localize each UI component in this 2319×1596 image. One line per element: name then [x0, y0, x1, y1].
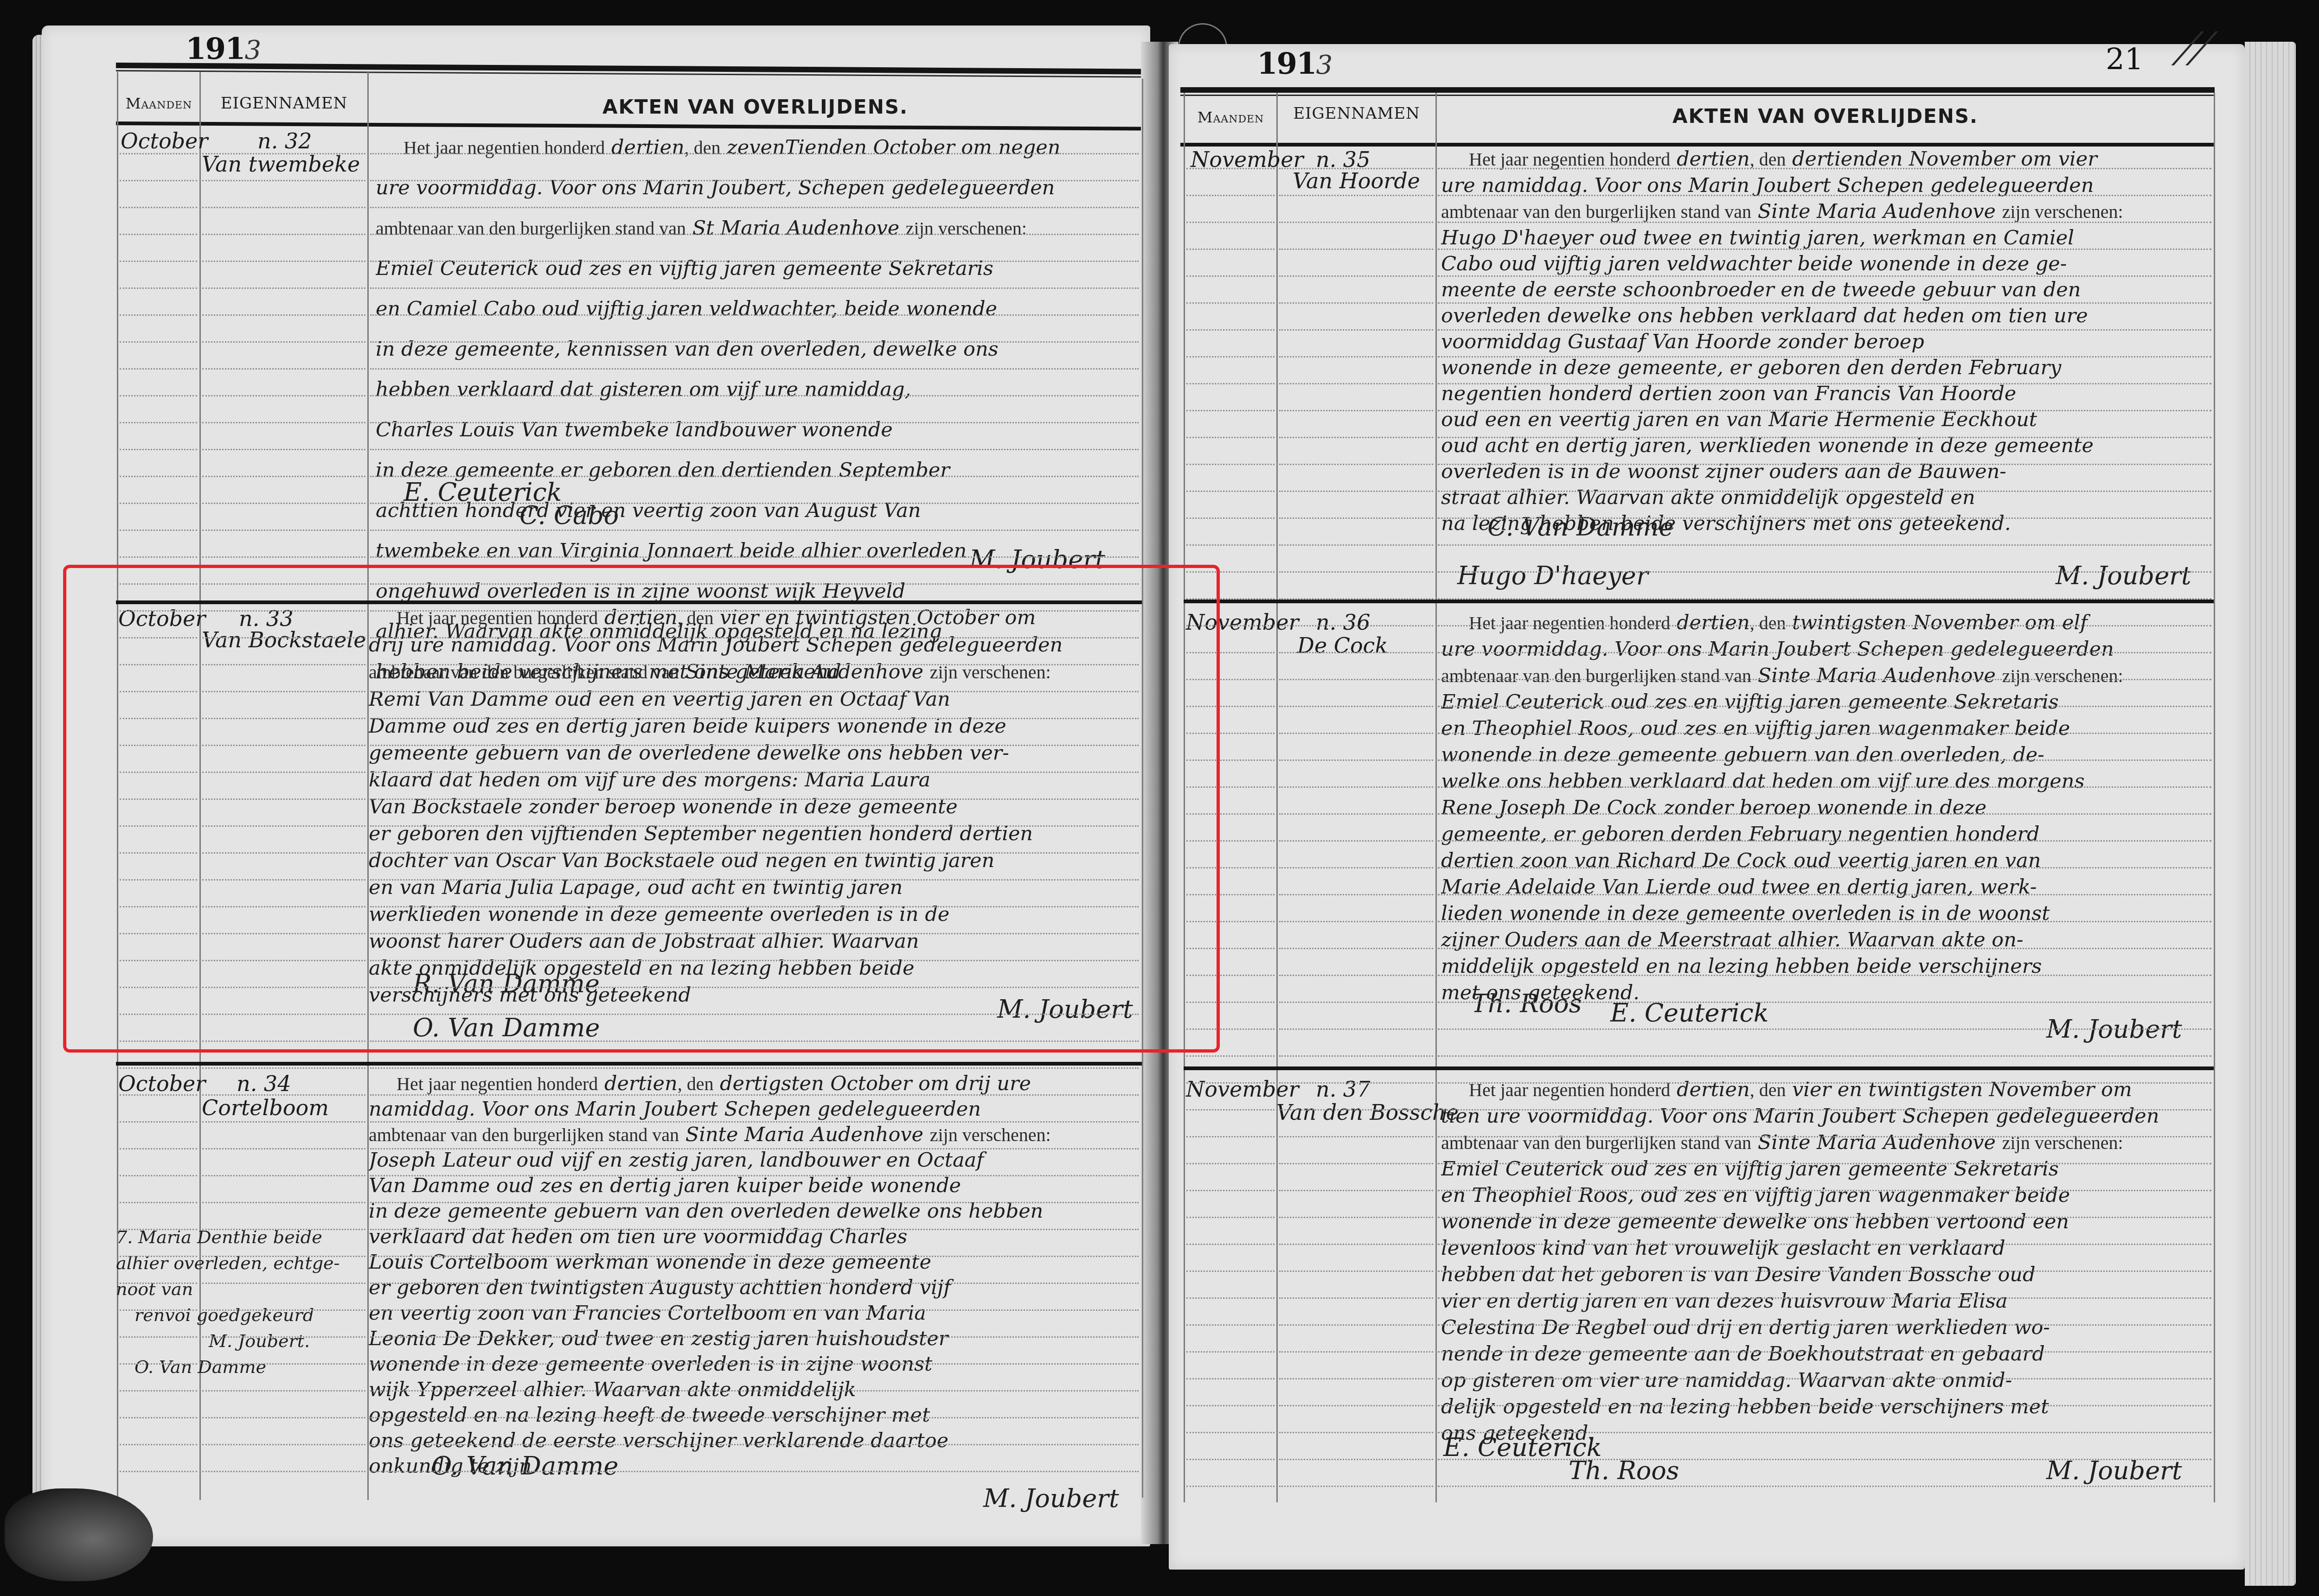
ruling-line — [202, 1014, 365, 1015]
ruling-line — [202, 503, 365, 504]
ruling-line — [1438, 302, 2211, 304]
ruling-line — [1438, 383, 2211, 384]
ruling-line — [1438, 275, 2211, 277]
ruling-line — [1279, 275, 1433, 277]
ruling-line — [370, 825, 1139, 827]
ruling-line — [1186, 544, 1275, 546]
ruling-line — [1279, 1082, 1433, 1084]
ruling-line — [370, 341, 1139, 343]
ruling-line — [120, 798, 197, 800]
ruling-line — [120, 933, 197, 934]
ruling-line — [1279, 302, 1433, 304]
ruling-line — [1438, 840, 2211, 842]
ruling-line — [1438, 598, 2211, 600]
ruling-line — [1438, 1405, 2211, 1406]
ruling-line — [202, 1041, 365, 1042]
ruling-line — [120, 1229, 197, 1230]
ruling-line — [370, 261, 1139, 262]
ruling-line — [1279, 813, 1433, 815]
right-col-line-4 — [2214, 93, 2215, 1502]
ruling-line — [202, 1175, 365, 1176]
ruling-line — [1186, 1002, 1275, 1003]
ruling-line — [202, 1309, 365, 1311]
ruling-line — [370, 1283, 1139, 1284]
ruling-line — [120, 1041, 197, 1042]
ruling-line — [202, 960, 365, 961]
ruling-line — [202, 180, 365, 181]
ruling-line — [370, 637, 1139, 638]
ruling-line — [370, 1094, 1139, 1096]
ruling-line — [370, 1229, 1139, 1230]
ruling-line — [202, 772, 365, 773]
ruling-line — [1438, 1082, 2211, 1084]
ruling-line — [1279, 1244, 1433, 1245]
ruling-line — [1279, 1270, 1433, 1272]
ruling-line — [1438, 786, 2211, 788]
ruling-line — [202, 314, 365, 316]
ruling-line — [1186, 329, 1275, 331]
ruling-line — [1186, 1217, 1275, 1218]
ruling-line — [1186, 706, 1275, 707]
entry-32: October n. 32 Van twembeke Het jaar nege… — [116, 128, 1142, 582]
ruling-line — [1279, 168, 1433, 169]
ruling-line — [120, 1067, 197, 1069]
ruling-line — [120, 153, 197, 154]
ruling-line — [202, 691, 365, 692]
ruling-line — [1186, 517, 1275, 519]
ruling-line — [120, 1471, 197, 1472]
ruling-line — [1186, 168, 1275, 169]
ruling-line — [202, 556, 365, 558]
ruling-line — [1279, 571, 1433, 573]
ruling-line — [1438, 894, 2211, 895]
ruling-line — [202, 1148, 365, 1149]
header-eigennamen: EIGENNAMEN — [201, 79, 367, 128]
ruling-line — [1186, 867, 1275, 868]
ruling-line — [1279, 975, 1433, 976]
ruling-line — [202, 1256, 365, 1257]
ruling-line — [1438, 948, 2211, 949]
ruling-line — [120, 1094, 197, 1096]
ruling-line — [370, 368, 1139, 370]
ruling-line — [1186, 975, 1275, 976]
ruling-line — [120, 1309, 197, 1311]
margin-note: 7. Maria Denthie beide alhier overleden,… — [116, 1224, 340, 1380]
ruling-line — [202, 852, 365, 854]
ruling-line — [1279, 867, 1433, 868]
ruling-line — [1438, 410, 2211, 411]
ruling-line — [1279, 1190, 1433, 1191]
ruling-line — [120, 1363, 197, 1365]
ruling-line — [202, 1363, 365, 1365]
ruling-line — [370, 718, 1139, 719]
ruling-line — [120, 664, 197, 665]
ruling-line — [1438, 1378, 2211, 1379]
ruling-line — [120, 691, 197, 692]
ruling-line — [1438, 168, 2211, 169]
ruling-line — [202, 1202, 365, 1203]
entry-separator — [116, 1062, 1142, 1066]
ruling-line — [120, 368, 197, 370]
ruling-line — [1186, 1028, 1275, 1030]
signature-witness-1: C. Van Damme — [1487, 512, 1674, 542]
ruling-line — [1186, 1163, 1275, 1164]
ruling-line — [370, 1390, 1139, 1392]
ruling-line — [1279, 1432, 1433, 1433]
year-printed: 191 — [186, 32, 245, 66]
ruling-line — [1279, 652, 1433, 653]
ruling-line — [370, 1014, 1139, 1015]
ruling-line — [1279, 786, 1433, 788]
ruling-line — [120, 1014, 197, 1015]
ruling-line — [370, 234, 1139, 235]
ruling-line — [202, 1067, 365, 1069]
ruling-line — [1438, 437, 2211, 438]
ruling-line — [1186, 813, 1275, 815]
signature-witness-1: O. Van Damme — [431, 1451, 618, 1481]
ruling-line — [370, 1417, 1139, 1418]
signature-officer: M. Joubert — [969, 545, 1105, 574]
signature-witness-1: Th. Roos — [1471, 989, 1582, 1018]
ruling-line — [202, 530, 365, 531]
entry-36: November n. 36 De Cock Het jaar negentie… — [1184, 600, 2214, 1054]
entry-35: November n. 35 Van Hoorde Het jaar negen… — [1184, 141, 2214, 600]
right-page-edges — [2245, 42, 2296, 1586]
ruling-line — [120, 1444, 197, 1445]
ruling-line — [370, 879, 1139, 881]
ruling-line — [370, 610, 1139, 612]
ruling-line — [120, 1336, 197, 1338]
ruling-line — [1186, 733, 1275, 734]
ruling-line — [120, 234, 197, 235]
ruling-line — [1186, 1324, 1275, 1326]
entry-number: n. 34 — [237, 1071, 291, 1096]
ruling-line — [1279, 679, 1433, 680]
ruling-line — [1279, 1109, 1433, 1111]
ruling-line — [370, 476, 1139, 477]
ruling-line — [202, 933, 365, 934]
ruling-line — [370, 798, 1139, 800]
signature-witness-2: Th. Roos — [1569, 1456, 1679, 1485]
ruling-line — [1279, 1028, 1433, 1030]
ruling-line — [1438, 195, 2211, 196]
ruling-line — [202, 1094, 365, 1096]
ruling-line — [202, 1444, 365, 1445]
ruling-line — [1186, 948, 1275, 949]
ruling-line — [1279, 464, 1433, 465]
ruling-line — [1438, 464, 2211, 465]
ruling-line — [1279, 1217, 1433, 1218]
page-number: 21 — [2106, 43, 2143, 77]
ruling-line — [1186, 1082, 1275, 1084]
ruling-line — [1438, 1217, 2211, 1218]
ruling-line — [1186, 652, 1275, 653]
ruling-line — [1279, 1002, 1433, 1003]
ruling-line — [370, 180, 1139, 181]
ruling-line — [202, 234, 365, 235]
ruling-line — [370, 207, 1139, 208]
ruling-line — [370, 1309, 1139, 1311]
ruling-line — [202, 906, 365, 907]
ruling-line — [370, 1256, 1139, 1257]
ruling-line — [1279, 840, 1433, 842]
header-maanden: Maanden — [118, 79, 199, 128]
ruling-line — [1438, 1055, 2211, 1057]
ruling-line — [1279, 733, 1433, 734]
ruling-line — [120, 1121, 197, 1123]
entry-number: n. 32 — [257, 128, 312, 153]
ruling-line — [120, 287, 197, 289]
ruling-line — [1279, 1136, 1433, 1137]
ruling-line — [202, 287, 365, 289]
ruling-line — [120, 852, 197, 854]
ruling-line — [370, 960, 1139, 961]
ruling-line — [202, 825, 365, 827]
ruling-line — [202, 1336, 365, 1338]
ruling-line — [370, 287, 1139, 289]
ruling-line — [1438, 571, 2211, 573]
ruling-line — [1438, 1163, 2211, 1164]
header-akten: AKTEN VAN OVERLIJDENS. — [1437, 90, 2214, 141]
ruling-line — [120, 906, 197, 907]
entry-37: November n. 37 Van den Bossche Het jaar … — [1184, 1066, 2214, 1521]
entry-month: October — [121, 128, 208, 153]
ruling-line — [1438, 1028, 2211, 1030]
ruling-line — [1279, 1405, 1433, 1406]
signature-officer: M. Joubert — [997, 995, 1133, 1024]
ruling-line — [120, 987, 197, 988]
ruling-line — [202, 718, 365, 719]
ruling-line — [370, 691, 1139, 692]
header-rule-top — [116, 63, 1141, 74]
entry-surname: Cortelboom — [202, 1095, 329, 1120]
year-handwritten: 3 — [1316, 50, 1332, 80]
ruling-line — [202, 153, 365, 154]
ruling-line — [120, 637, 197, 638]
ruling-line — [1186, 222, 1275, 223]
ruling-line — [1279, 356, 1433, 358]
ruling-line — [1279, 1351, 1433, 1353]
ruling-line — [120, 449, 197, 450]
entry-number: n. 37 — [1316, 1077, 1370, 1102]
ruling-line — [1279, 598, 1433, 600]
ruling-line — [1186, 491, 1275, 492]
ruling-line — [202, 879, 365, 881]
ruling-line — [120, 1256, 197, 1257]
ruling-line — [1438, 1002, 2211, 1003]
ruling-line — [370, 1363, 1139, 1365]
ruling-line — [1186, 786, 1275, 788]
ruling-line — [120, 1283, 197, 1284]
ruling-line — [120, 341, 197, 343]
ruling-line — [1438, 679, 2211, 680]
ruling-line — [1279, 329, 1433, 331]
ruling-line — [1279, 706, 1433, 707]
ruling-line — [1186, 921, 1275, 922]
ruling-line — [1279, 1163, 1433, 1164]
ruling-line — [370, 1471, 1139, 1472]
ruling-line — [1186, 1055, 1275, 1057]
signature-officer: M. Joubert — [2046, 1456, 2182, 1485]
ruling-line — [1438, 813, 2211, 815]
ruling-line — [1186, 302, 1275, 304]
ruling-line — [370, 1202, 1139, 1203]
ruling-line — [1438, 975, 2211, 976]
ruling-line — [1438, 706, 2211, 707]
ruling-line — [370, 852, 1139, 854]
ruling-line — [1186, 894, 1275, 895]
ruling-line — [370, 772, 1139, 773]
ruling-line — [370, 556, 1139, 558]
ruling-line — [202, 610, 365, 612]
ruling-line — [120, 772, 197, 773]
ruling-line — [1438, 517, 2211, 519]
ruling-line — [202, 664, 365, 665]
left-year: 1913 — [186, 32, 260, 66]
ruling-line — [1438, 249, 2211, 250]
ruling-line — [1279, 517, 1433, 519]
ruling-line — [1279, 491, 1433, 492]
ruling-line — [370, 1041, 1139, 1042]
signature-witness-1: R. Van Damme — [413, 969, 600, 998]
ruling-line — [1186, 598, 1275, 600]
ruling-line — [202, 368, 365, 370]
year-handwritten: 3 — [245, 35, 261, 65]
ruling-line — [202, 637, 365, 638]
header-eigennamen: EIGENNAMEN — [1278, 90, 1435, 137]
ruling-line — [1438, 329, 2211, 331]
ruling-line — [370, 1067, 1139, 1069]
ruling-line — [1279, 410, 1433, 411]
ruling-line — [1186, 1486, 1275, 1487]
ruling-line — [370, 503, 1139, 504]
ruling-line — [1186, 383, 1275, 384]
ruling-line — [1438, 921, 2211, 922]
ruling-line — [1186, 571, 1275, 573]
entry-body: Het jaar negentien honderd dertien, den … — [1441, 1077, 2206, 1447]
entry-month: November — [1186, 1077, 1299, 1102]
ruling-line — [1279, 1297, 1433, 1299]
ruling-line — [1186, 464, 1275, 465]
entry-separator — [1184, 600, 2214, 603]
ruling-line — [1186, 625, 1275, 626]
ruling-line — [202, 207, 365, 208]
entry-34: October n. 34 Cortelboom Het jaar negent… — [116, 1062, 1142, 1530]
ruling-line — [370, 422, 1139, 423]
ruling-line — [1186, 1432, 1275, 1433]
ruling-line — [1186, 1136, 1275, 1137]
ruling-line — [1438, 1459, 2211, 1460]
signature-witness-2: Hugo D'haeyer — [1457, 561, 1648, 590]
ruling-line — [1186, 1270, 1275, 1272]
ruling-line — [120, 745, 197, 746]
ruling-line — [120, 261, 197, 262]
ruling-line — [1279, 760, 1433, 761]
ruling-line — [120, 960, 197, 961]
ruling-line — [120, 1148, 197, 1149]
ruling-line — [202, 745, 365, 746]
entry-month: October — [118, 1071, 205, 1096]
ruling-line — [370, 1121, 1139, 1123]
ruling-line — [202, 1283, 365, 1284]
ruling-line — [1279, 1486, 1433, 1487]
ruling-line — [1279, 1055, 1433, 1057]
ruling-line — [1438, 1351, 2211, 1353]
ruling-line — [1186, 1351, 1275, 1353]
ruling-line — [1438, 356, 2211, 358]
entry-separator — [1184, 1066, 2214, 1070]
ruling-line — [1438, 1486, 2211, 1487]
ruling-line — [120, 1417, 197, 1418]
ruling-line — [370, 987, 1139, 988]
ruling-line — [202, 1417, 365, 1418]
ruling-line — [1438, 491, 2211, 492]
ruling-line — [1186, 679, 1275, 680]
ruling-line — [370, 395, 1139, 396]
ruling-line — [1438, 760, 2211, 761]
signature-witness-2: O. Van Damme — [413, 1013, 600, 1042]
ruling-line — [1186, 1190, 1275, 1191]
ruling-line — [1186, 1244, 1275, 1245]
ruling-line — [120, 879, 197, 881]
ruling-line — [1186, 275, 1275, 277]
entry-body: Het jaar negentien honderd dertien, den … — [1441, 146, 2206, 536]
entry-month: November — [1186, 610, 1299, 635]
ruling-line — [1186, 356, 1275, 358]
ruling-line — [1438, 544, 2211, 546]
ruling-line — [120, 476, 197, 477]
ruling-line — [1186, 1378, 1275, 1379]
ruling-line — [202, 1390, 365, 1392]
ruling-line — [1438, 625, 2211, 626]
ruling-line — [120, 718, 197, 719]
ruling-line — [202, 1471, 365, 1472]
signature-witness-2: C. Cabo — [519, 501, 619, 530]
entry-surname: Van Hoorde — [1293, 168, 1420, 193]
ruling-line — [202, 422, 365, 423]
ruling-line — [1279, 437, 1433, 438]
signature-officer: M. Joubert — [983, 1484, 1119, 1513]
ruling-line — [1438, 652, 2211, 653]
ruling-line — [370, 449, 1139, 450]
ruling-line — [202, 261, 365, 262]
entry-body: Het jaar negentien honderd dertien, den … — [1441, 610, 2206, 1006]
entry-surname: De Cock — [1297, 633, 1388, 658]
entry-surname: Van twembeke — [202, 152, 360, 177]
ruling-line — [370, 745, 1139, 746]
ruling-line — [1186, 1459, 1275, 1460]
ruling-line — [1438, 222, 2211, 223]
ruling-line — [1438, 1270, 2211, 1272]
ruling-line — [120, 314, 197, 316]
ruling-line — [1279, 383, 1433, 384]
ruling-line — [120, 1175, 197, 1176]
ruling-line — [1438, 1109, 2211, 1111]
ruling-line — [1279, 249, 1433, 250]
ruling-line — [1279, 921, 1433, 922]
ruling-line — [1186, 437, 1275, 438]
ruling-line — [1438, 867, 2211, 868]
ruling-line — [1186, 249, 1275, 250]
ruling-line — [1438, 1190, 2211, 1191]
ruling-line — [1438, 1244, 2211, 1245]
ruling-line — [1186, 410, 1275, 411]
ruling-line — [202, 449, 365, 450]
ruling-line — [202, 1121, 365, 1123]
left-col-line-4 — [1142, 79, 1143, 1498]
ruling-line — [1438, 1297, 2211, 1299]
header-maanden: Maanden — [1185, 93, 1276, 141]
